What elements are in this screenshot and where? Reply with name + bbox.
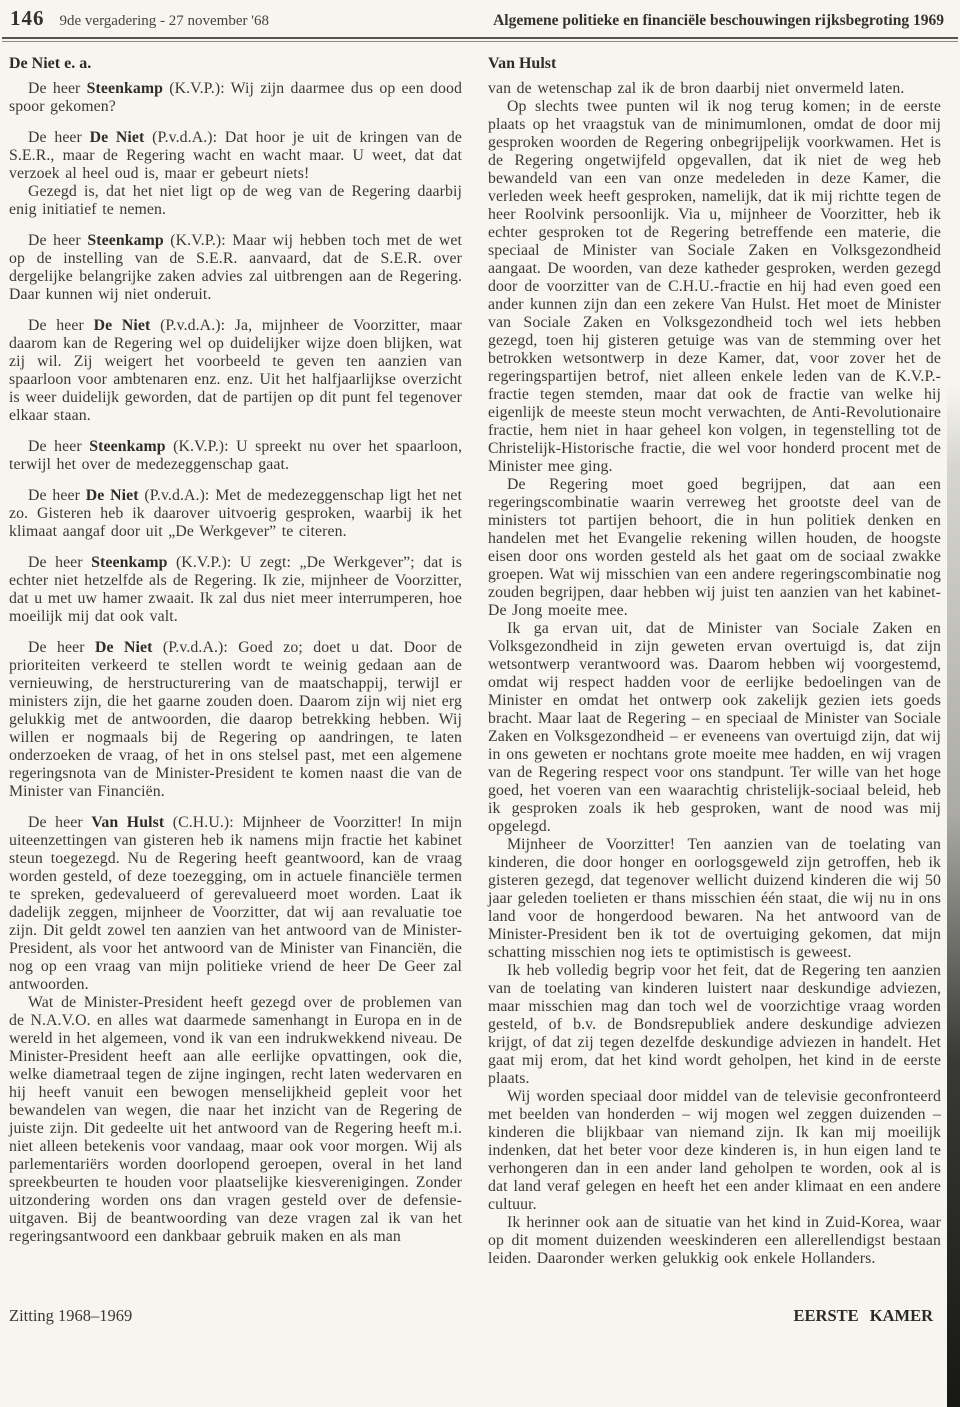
speaker-paragraph: De heer De Niet (P.v.d.A.): Ja, mijnheer…: [9, 317, 462, 425]
speaker-paragraph: De heer Steenkamp (K.V.P.): Wij zijn daa…: [9, 80, 462, 116]
paragraph: Wij worden speciaal door middel van de t…: [488, 1088, 941, 1214]
speaker-paragraph: De heer De Niet (P.v.d.A.): Goed zo; doe…: [9, 639, 462, 801]
scan-edge-artifact: [947, 385, 960, 1407]
page-header: 146 9de vergadering - 27 november '68 Al…: [0, 0, 960, 31]
speaker-paragraph: De heer Steenkamp (K.V.P.): Maar wij heb…: [9, 232, 462, 304]
right-column: Van Hulst van de wetenschap zal ik de br…: [488, 55, 941, 1268]
speaker-name: Steenkamp: [91, 554, 167, 571]
paragraph: Ik herinner ook aan de situatie van het …: [488, 1214, 941, 1268]
speaker-name: De Niet: [95, 639, 152, 656]
speaker-name: Steenkamp: [89, 438, 165, 455]
paragraph: Ik ga ervan uit, dat de Minister van Soc…: [488, 620, 941, 836]
speaker-name: Steenkamp: [87, 80, 163, 97]
right-column-paragraphs: van de wetenschap zal ik de bron daarbij…: [488, 80, 941, 1268]
left-column: De Niet e. a. De heer Steenkamp (K.V.P.)…: [9, 55, 462, 1268]
speaker-name: Van Hulst: [91, 814, 164, 831]
chamber-footer: EERSTE KAMER: [794, 1306, 933, 1326]
speaker-paragraph: De heer De Niet (P.v.d.A.): Dat hoor je …: [9, 129, 462, 183]
left-column-paragraphs: De heer Steenkamp (K.V.P.): Wij zijn daa…: [9, 80, 462, 1246]
speaker-paragraph: De heer Steenkamp (K.V.P.): U spreekt nu…: [9, 438, 462, 474]
speaker-name: De Niet: [94, 317, 151, 334]
speaker-name: De Niet: [90, 129, 145, 146]
paragraph: Mijnheer de Voorzitter! Ten aanzien van …: [488, 836, 941, 962]
speaker-paragraph: De heer Van Hulst (C.H.U.): Mijnheer de …: [9, 814, 462, 994]
page-footer: Zitting 1968–1969 EERSTE KAMER: [9, 1306, 933, 1326]
header-title: Algemene politieke en financiële beschou…: [493, 12, 944, 30]
scanned-document-page: { "header": { "page_number": "146", "ses…: [0, 0, 960, 1407]
speaker-name: Steenkamp: [87, 232, 163, 249]
paragraph: Ik heb volledig begrip voor het feit, da…: [488, 962, 941, 1088]
speaker-name: De Niet: [86, 487, 139, 504]
paragraph: Wat de Minister-President heeft gezegd o…: [9, 994, 462, 1246]
paragraph: De Regering moet goed begrijpen, dat aan…: [488, 476, 941, 620]
speaker-paragraph: De heer Steenkamp (K.V.P.): U zegt: „De …: [9, 554, 462, 626]
session-footer: Zitting 1968–1969: [9, 1306, 132, 1326]
left-running-header: De Niet e. a.: [9, 55, 462, 73]
paragraph: Op slechts twee punten wil ik nog terug …: [488, 98, 941, 476]
right-running-header: Van Hulst: [488, 55, 941, 73]
two-column-text: De Niet e. a. De heer Steenkamp (K.V.P.)…: [0, 42, 960, 1268]
page-number: 146: [10, 6, 45, 31]
paragraph: van de wetenschap zal ik de bron daarbij…: [488, 80, 941, 98]
speaker-paragraph: De heer De Niet (P.v.d.A.): Met de medez…: [9, 487, 462, 541]
session-info: 9de vergadering - 27 november '68: [60, 13, 269, 30]
paragraph: Gezegd is, dat het niet ligt op de weg v…: [9, 183, 462, 219]
